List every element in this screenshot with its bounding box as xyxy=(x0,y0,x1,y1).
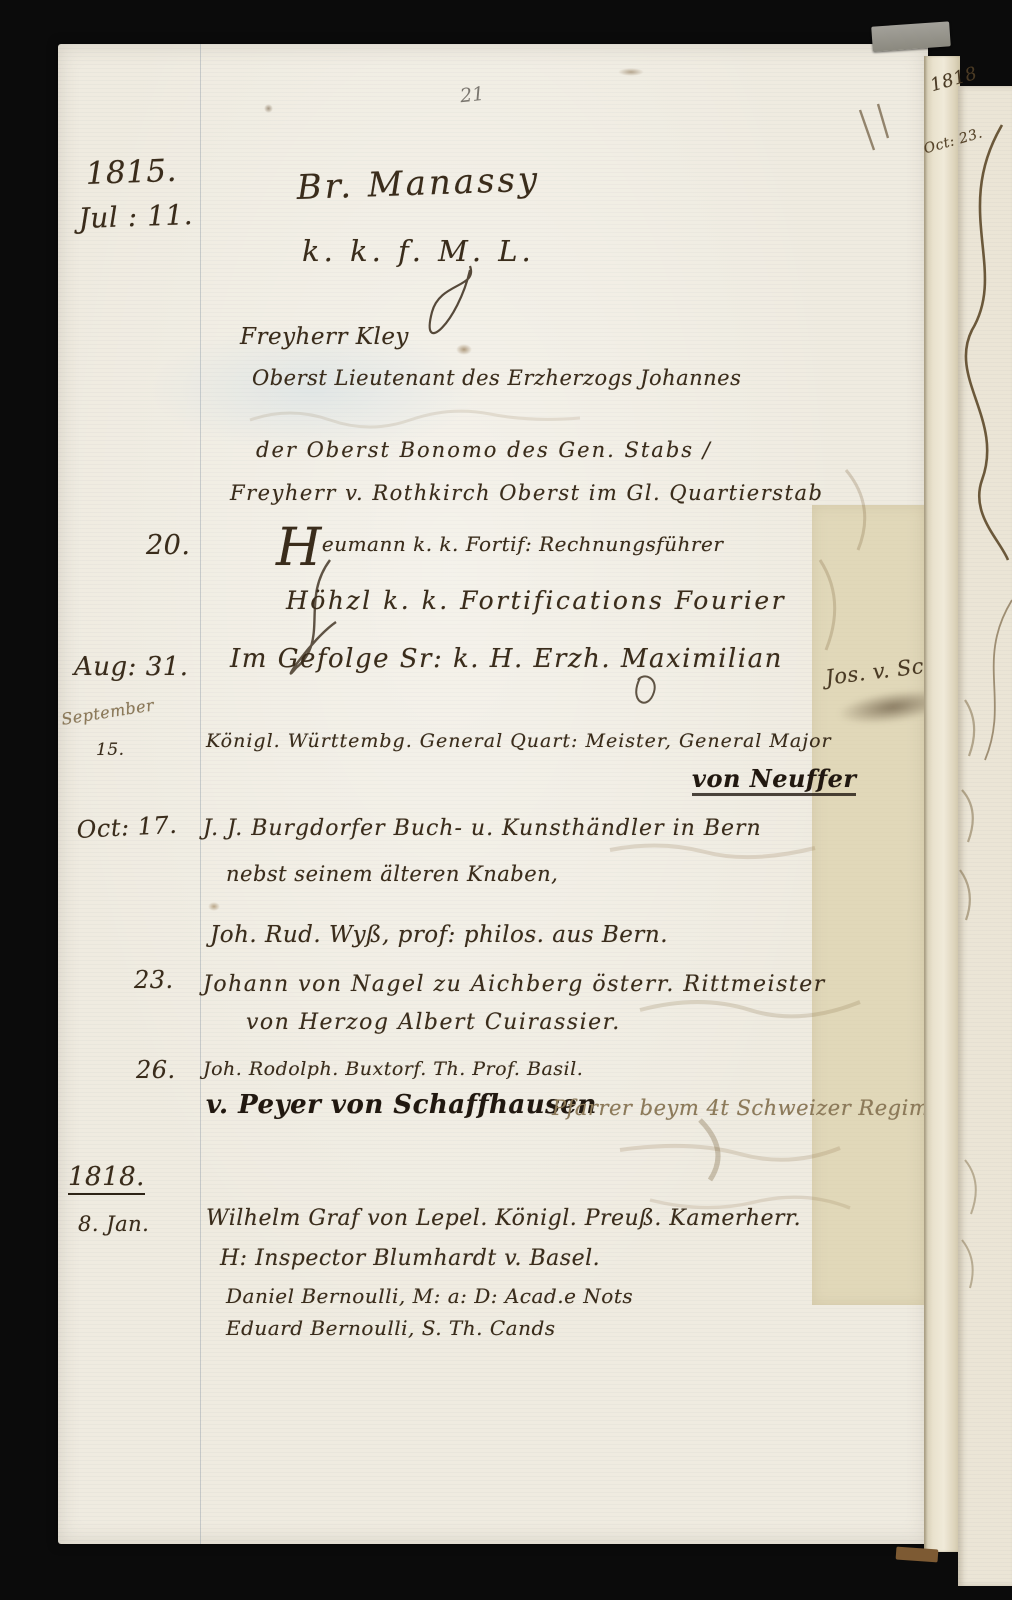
manuscript-scan: 21 1815. Jul : 11. 20. Aug: 31. Septembe… xyxy=(0,0,1012,1600)
adjacent-page-edge xyxy=(958,86,1012,1586)
book-board-sliver xyxy=(896,1547,939,1563)
entry-rothkirch: Freyherr v. Rothkirch Oberst im Gl. Quar… xyxy=(230,481,823,505)
entry-heumann-text: eumann k. k. Fortif: Rechnungsführer xyxy=(322,532,724,556)
entry-lepel: Wilhelm Graf von Lepel. Königl. Preuß. K… xyxy=(206,1206,801,1231)
entry-heumann: Heumann k. k. Fortif: Rechnungsführer xyxy=(276,532,723,558)
pencil-page-number: 21 xyxy=(459,83,485,107)
margin-date-jul-11: Jul : 11. xyxy=(78,198,194,235)
entry-wyss: Joh. Rud. Wyß, prof: philos. aus Bern. xyxy=(210,922,668,948)
foxing-spot xyxy=(618,68,644,76)
entry-heading-rank: k. k. f. M. L. xyxy=(302,234,535,268)
entry-peyer-title: Pfarrer beym 4t Schweizer Regiment xyxy=(552,1096,965,1120)
entry-bonomo: der Oberst Bonomo des Gen. Stabs / xyxy=(256,438,712,462)
entry-nagel: Johann von Nagel zu Aichberg österr. Rit… xyxy=(203,972,826,997)
entry-burgdorfer-son: nebst seinem älteren Knaben, xyxy=(226,862,558,886)
margin-year-1818: 1818. xyxy=(68,1162,145,1195)
entry-hoehzl: Höhzl k. k. Fortifications Fourier xyxy=(286,586,786,615)
margin-date-jan-8: 8. Jan. xyxy=(78,1212,149,1236)
entry-kley-title: Oberst Lieutenant des Erzherzogs Johanne… xyxy=(252,366,741,390)
margin-year-1815: 1815. xyxy=(85,153,177,192)
entry-blumhardt: H: Inspector Blumhardt v. Basel. xyxy=(220,1246,600,1271)
margin-rule-line xyxy=(200,44,201,1544)
margin-date-26: 26. xyxy=(136,1056,176,1084)
margin-date-20: 20. xyxy=(146,530,190,561)
margin-date-23: 23. xyxy=(134,966,174,994)
flourished-initial: H xyxy=(276,518,322,578)
margin-date-15: 15. xyxy=(96,740,125,760)
entry-wuerttemberg-general: Königl. Württembg. General Quart: Meiste… xyxy=(206,730,832,752)
foxing-spot xyxy=(456,344,472,355)
entry-heading-name: Br. Manassy xyxy=(296,160,541,208)
entry-nagel-regiment: von Herzog Albert Cuirassier. xyxy=(246,1010,621,1035)
entry-buxtorf: Joh. Rodolph. Buxtorf. Th. Prof. Basil. xyxy=(203,1058,583,1080)
margin-date-aug-31: Aug: 31. xyxy=(74,652,189,682)
signature-neuffer: von Neuffer xyxy=(692,764,856,796)
margin-date-oct-17: Oct: 17. xyxy=(76,811,178,844)
entry-kley-name: Freyherr Kley xyxy=(240,324,409,350)
page-fore-edge xyxy=(924,56,960,1552)
foxing-spot xyxy=(208,902,220,911)
foxing-spot xyxy=(264,104,273,113)
binding-edge xyxy=(871,21,951,51)
entry-bernoulli-daniel: Daniel Bernoulli, M: a: D: Acad.e Nots xyxy=(226,1284,633,1308)
entry-gefolge-maximilian: Im Gefolge Sr: k. H. Erzh. Maximilian xyxy=(230,644,783,674)
margin-month-september: September xyxy=(60,695,155,728)
entry-burgdorfer: J. J. Burgdorfer Buch- u. Kunsthändler i… xyxy=(203,816,762,841)
entry-bernoulli-eduard: Eduard Bernoulli, S. Th. Cands xyxy=(226,1316,556,1340)
entry-peyer-name: v. Peyer von Schaffhausen xyxy=(206,1090,597,1120)
manuscript-page: 21 1815. Jul : 11. 20. Aug: 31. Septembe… xyxy=(58,44,928,1544)
paper-discoloration-band xyxy=(812,505,926,1305)
